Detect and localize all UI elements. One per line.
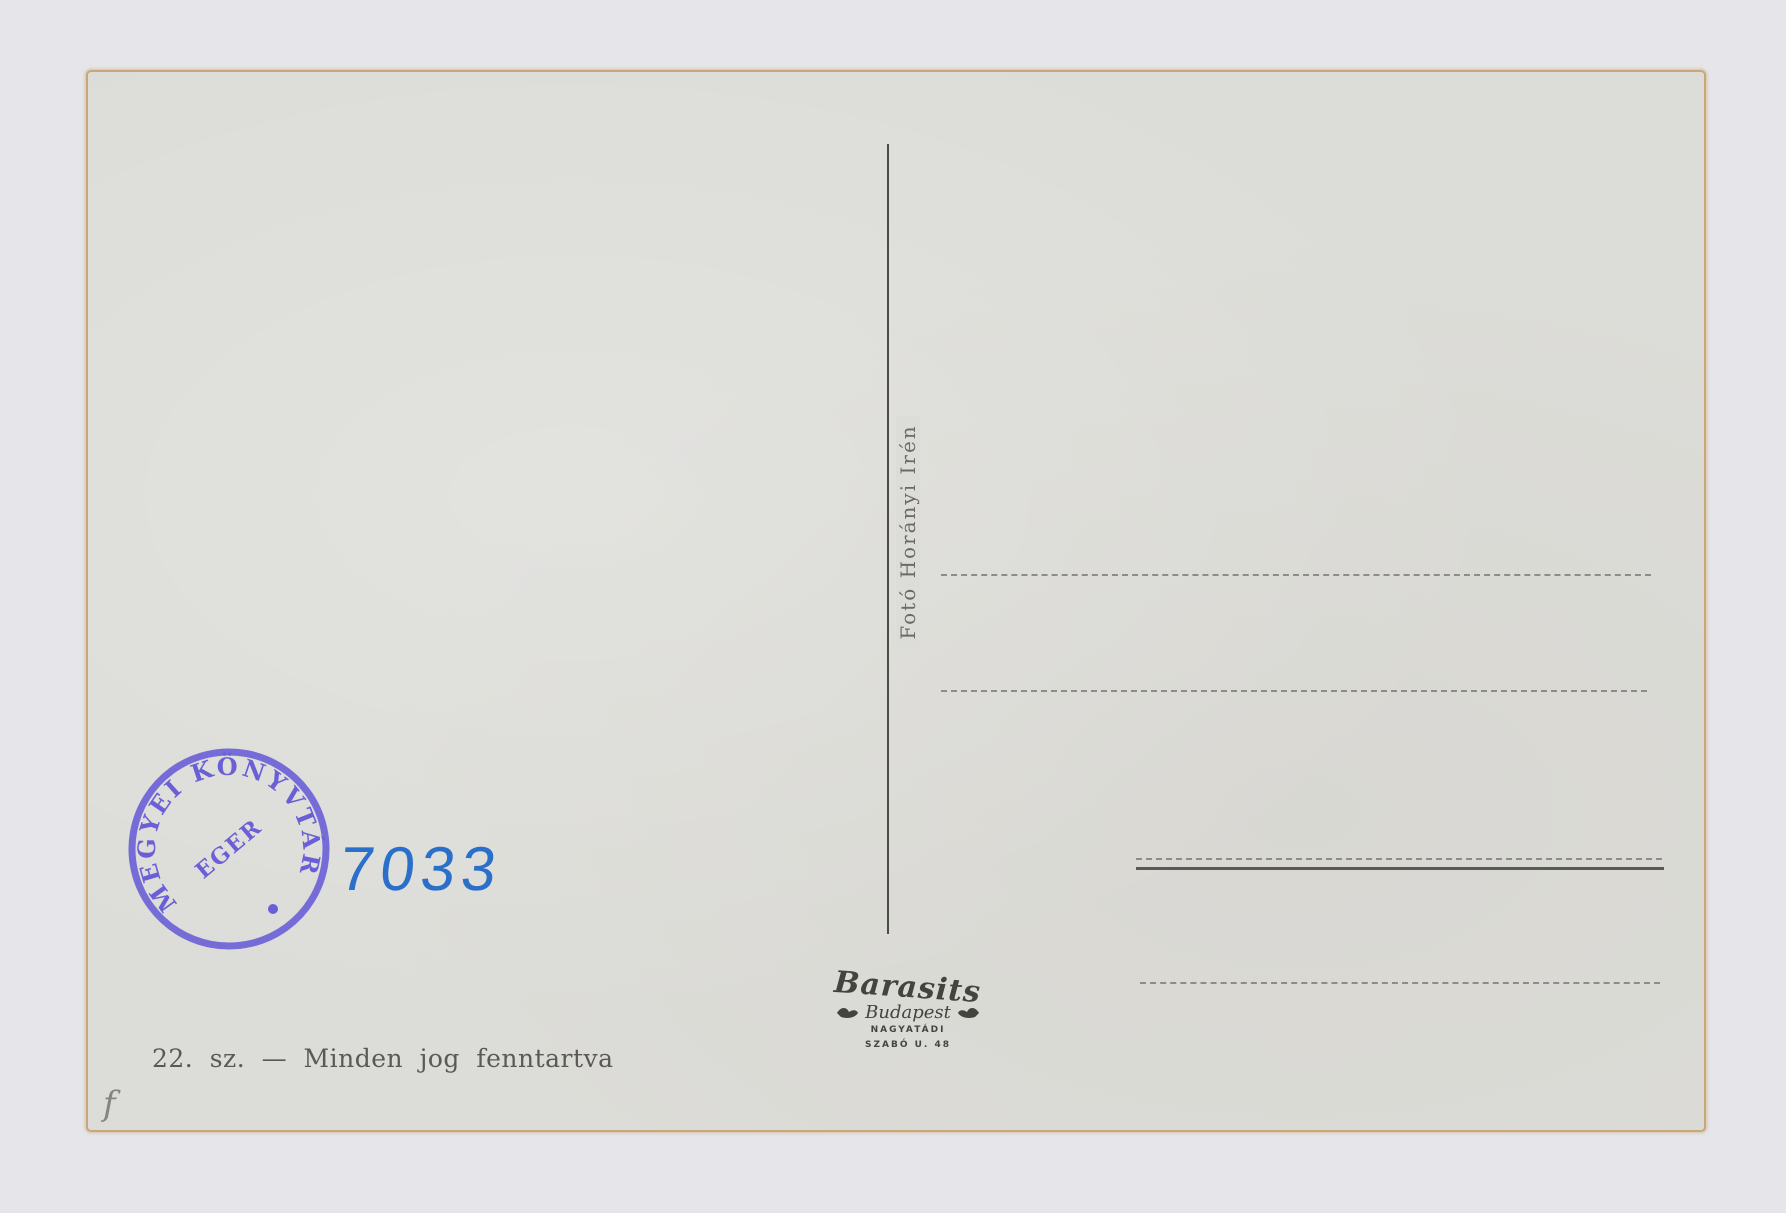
photographer-credit: Fotó Horányi Irén bbox=[896, 416, 920, 647]
postcard-back: Fotó Horányi Irén MEGYEI KÖNYVTÁR EGER 7… bbox=[88, 72, 1704, 1130]
stamp-inner-text: EGER bbox=[191, 814, 268, 884]
publisher-address-line-1: NAGYATÁDI bbox=[818, 1023, 998, 1038]
address-line-2 bbox=[941, 690, 1647, 692]
library-stamp: MEGYEI KÖNYVTÁR EGER bbox=[124, 744, 334, 954]
stamp-dot-icon bbox=[268, 904, 278, 914]
publisher-address-line-2: SZABÓ U. 48 bbox=[818, 1038, 998, 1053]
center-divider bbox=[887, 144, 889, 934]
tulip-icon bbox=[835, 1004, 859, 1022]
series-rights-line: 22. sz. — Minden jog fenntartva bbox=[152, 1044, 614, 1073]
address-line-1 bbox=[941, 574, 1651, 576]
publisher-logo: Barasits Budapest NAGYATÁDI SZABÓ U. 48 bbox=[818, 972, 998, 1053]
address-line-3-solid bbox=[1136, 867, 1664, 870]
address-line-4 bbox=[1140, 982, 1660, 984]
inventory-number: 7033 bbox=[336, 834, 505, 905]
address-line-3-dashed bbox=[1136, 858, 1662, 860]
handwritten-initial: f bbox=[103, 1084, 116, 1124]
